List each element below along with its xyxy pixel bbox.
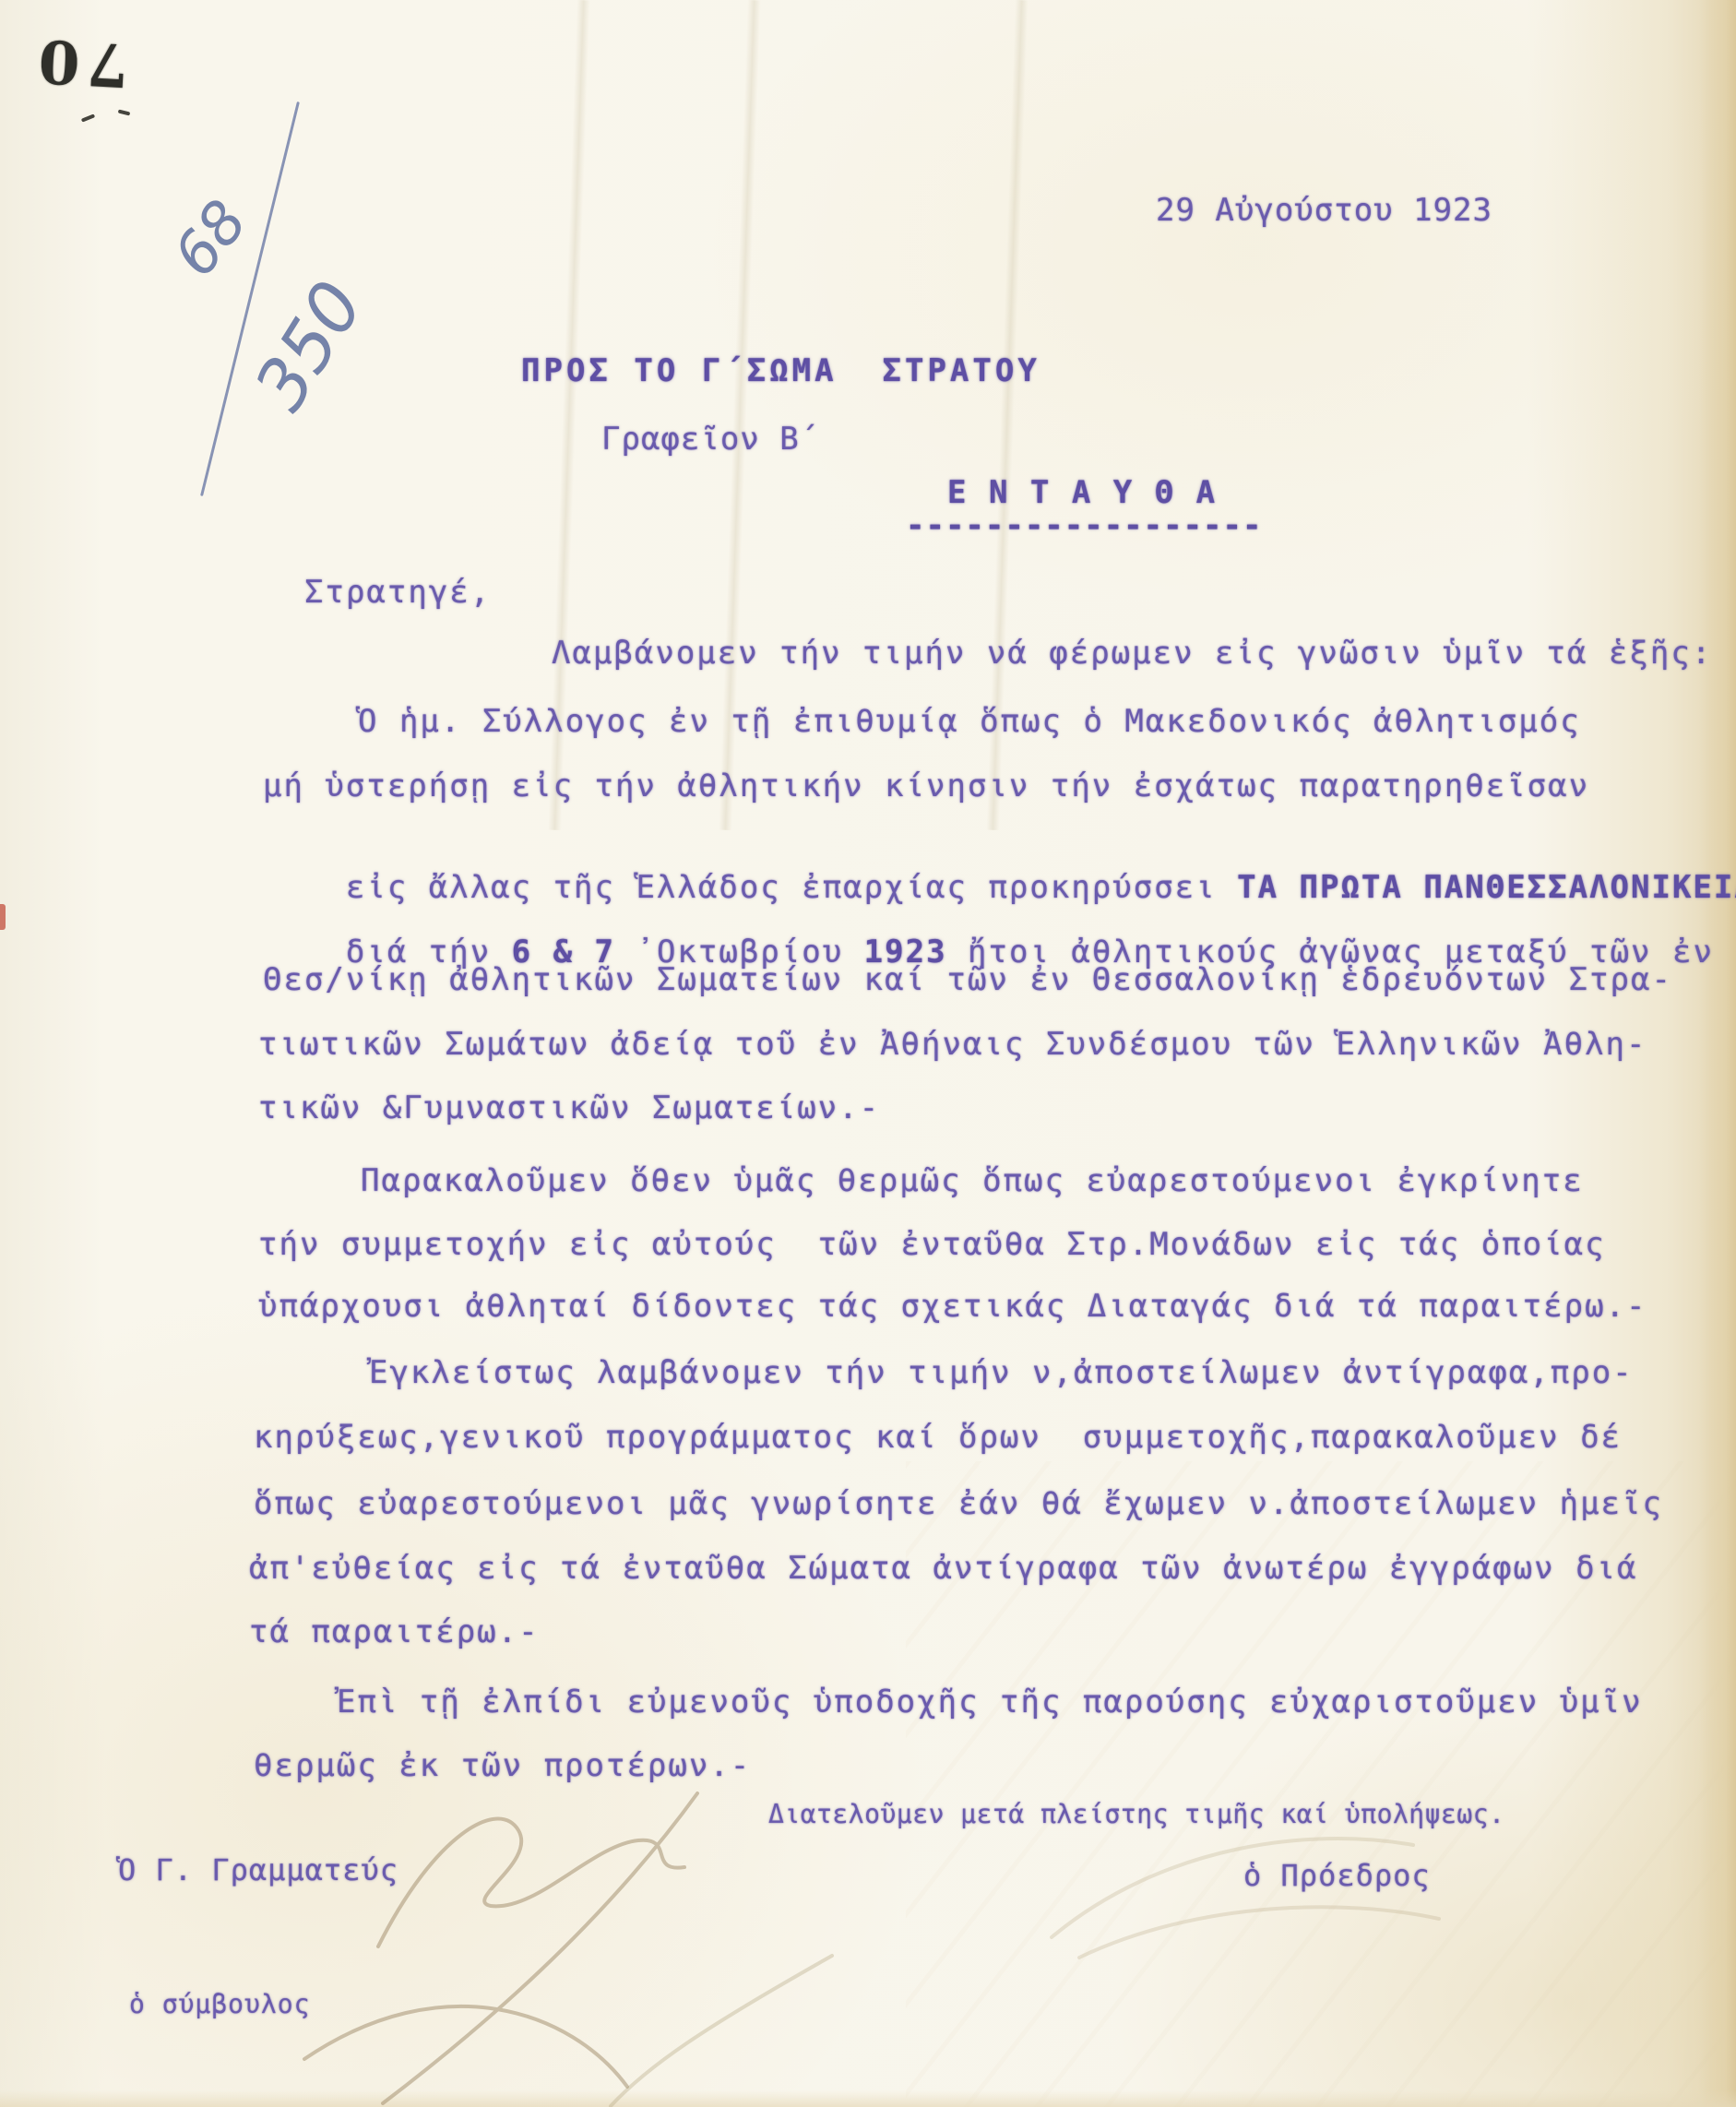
body-line: Λαμβάνομεν τήν τιμήν νά φέρωμεν εἰς γνῶσ…	[552, 635, 1712, 672]
paper-bottom-edge	[0, 2090, 1736, 2107]
body-line: Ἐγκλείστως λαμβάνομεν τήν τιμήν ν,ἀποστε…	[369, 1354, 1634, 1391]
reference-denominator: 350	[238, 267, 378, 423]
signature-secretary-title: Ὁ Γ. Γραμματεύς	[118, 1852, 398, 1887]
body-line: τά παραιτέρω.-	[249, 1613, 540, 1650]
president-signature	[1052, 1839, 1439, 1958]
recipient-location-line: Ε Ν Τ Α Υ Θ Α	[947, 474, 1217, 511]
body-line: τήν συμμετοχήν εἰς αὐτούς τῶν ἐνταῦθα Στ…	[258, 1226, 1606, 1263]
body-line: Παρακαλοῦμεν ὅθεν ὑμᾶς θερμῶς ὅπως εὐαρε…	[361, 1162, 1584, 1199]
body-line: τιωτικῶν Σωμάτων ἀδείᾳ τοῦ ἐν Ἀθήναις Συ…	[258, 1026, 1647, 1063]
body-line: τικῶν &Γυμναστικῶν Σωματείων.-	[258, 1089, 880, 1126]
ink-speck	[118, 109, 131, 115]
reference-slash	[200, 101, 300, 496]
body-line: κηρύξεως,γενικοῦ προγράμματος καί ὅρων σ…	[254, 1419, 1622, 1456]
secretary-signature	[304, 1793, 697, 2103]
body-line: ὅπως εὐαρεστούμενοι μᾶς γνωρίσητε ἐάν θά…	[254, 1485, 1663, 1522]
archival-number-stamp: 70	[30, 25, 130, 99]
body-line: ἀπ'εὐθείας εἰς τά ἐνταῦθα Σώματα ἀντίγρα…	[249, 1550, 1637, 1587]
signature-president-title: ὁ Πρόεδρος	[1243, 1858, 1431, 1893]
body-line: μή ὑστερήσῃ εἰς τήν ἀθλητικήν κίνησιν τή…	[263, 768, 1589, 804]
recipient-to-line: ΠΡΟΣ ΤΟ Γ΄ΣΩΜΑ ΣΤΡΑΤΟΥ	[521, 352, 1040, 389]
red-edge-mark	[0, 904, 6, 930]
body-line: θερμῶς ἐκ τῶν προτέρων.-	[254, 1747, 751, 1784]
body-line: ὑπάρχουσι ἀθληταί δίδοντες τάς σχετικάς …	[258, 1288, 1647, 1325]
counselor-signature	[611, 1956, 832, 2106]
recipient-office-line: Γραφεῖον Β΄	[601, 421, 819, 458]
body-line: Ὁ ἡμ. Σύλλογος ἐν τῇ ἐπιθυμίᾳ ὅπως ὁ Μακ…	[358, 703, 1581, 740]
ink-speck	[81, 113, 95, 122]
signature-counselor-title: ὁ σύμβουλος	[129, 1989, 310, 2019]
salutation: Στρατηγέ,	[304, 574, 491, 611]
body-line: Θεσ/νίκῃ ἀθλητικῶν Σωματείων καί τῶν ἐν …	[263, 961, 1672, 998]
scanned-letter-page: 70 68 350 29 Αὐγούστου 1923 ΠΡΟΣ ΤΟ Γ΄ΣΩ…	[0, 0, 1736, 2107]
paper-right-edge	[1699, 0, 1736, 2107]
body-line: Ἐπὶ τῇ ἐλπίδι εὐμενοῦς ὑποδοχῆς τῆς παρο…	[337, 1684, 1643, 1720]
reference-numerator: 68	[161, 188, 260, 290]
letter-date: 29 Αὐγούστου 1923	[1156, 192, 1492, 229]
closing-line: Διατελοῦμεν μετά πλείστης τιμῆς καί ὑπολ…	[768, 1799, 1504, 1829]
recipient-location-underline: ------------------	[906, 507, 1262, 544]
